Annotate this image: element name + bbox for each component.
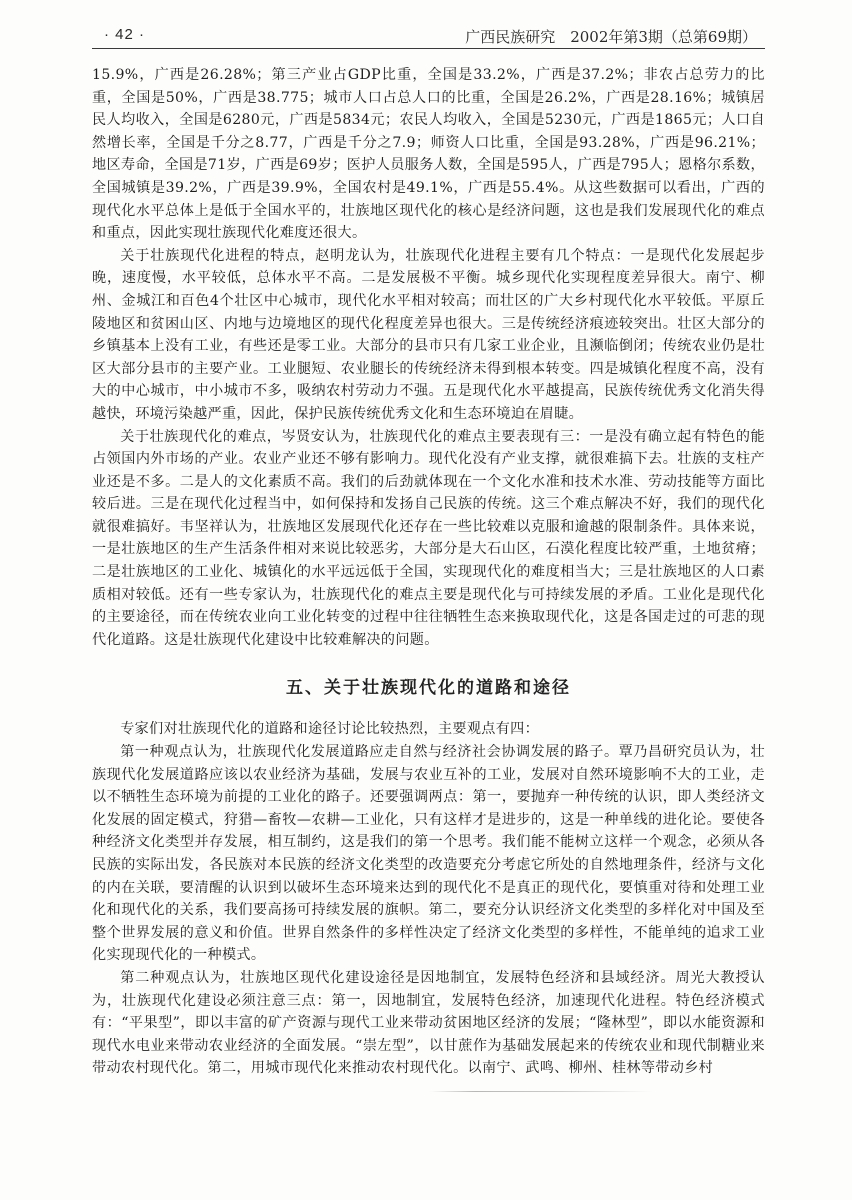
paragraph-statistics: 15.9%，广西是26.28%；第三产业占GDP比重，全国是33.2%，广西是3… xyxy=(92,64,765,245)
paragraph-characteristics: 关于壮族现代化进程的特点，赵明龙认为，壮族现代化进程主要有几个特点：一是现代化发… xyxy=(92,245,765,426)
paragraph-second-view: 第二种观点认为，壮族地区现代化建设途径是因地制宜，发展特色经济和县域经济。周光大… xyxy=(92,967,765,1080)
page-number: · 42 · xyxy=(104,26,145,43)
journal-running-title: 广西民族研究 2002年第3期（总第69期） xyxy=(465,26,757,47)
paragraph-first-view: 第一种观点认为，壮族现代化发展道路应走自然与经济社会协调发展的路子。覃乃昌研究员… xyxy=(92,741,765,967)
scan-artifact-line xyxy=(430,1091,652,1092)
paragraph-intro: 专家们对壮族现代化的道路和途径讨论比较热烈，主要观点有四： xyxy=(92,718,765,741)
section-heading: 五、关于壮族现代化的道路和途径 xyxy=(92,673,765,698)
page-header: · 42 · 广西民族研究 2002年第3期（总第69期） xyxy=(92,26,765,49)
article-body: 15.9%，广西是26.28%；第三产业占GDP比重，全国是33.2%，广西是3… xyxy=(92,64,765,1080)
paragraph-difficulties: 关于壮族现代化的难点，岑贤安认为，壮族现代化的难点主要表现有三：一是没有确立起有… xyxy=(92,426,765,652)
